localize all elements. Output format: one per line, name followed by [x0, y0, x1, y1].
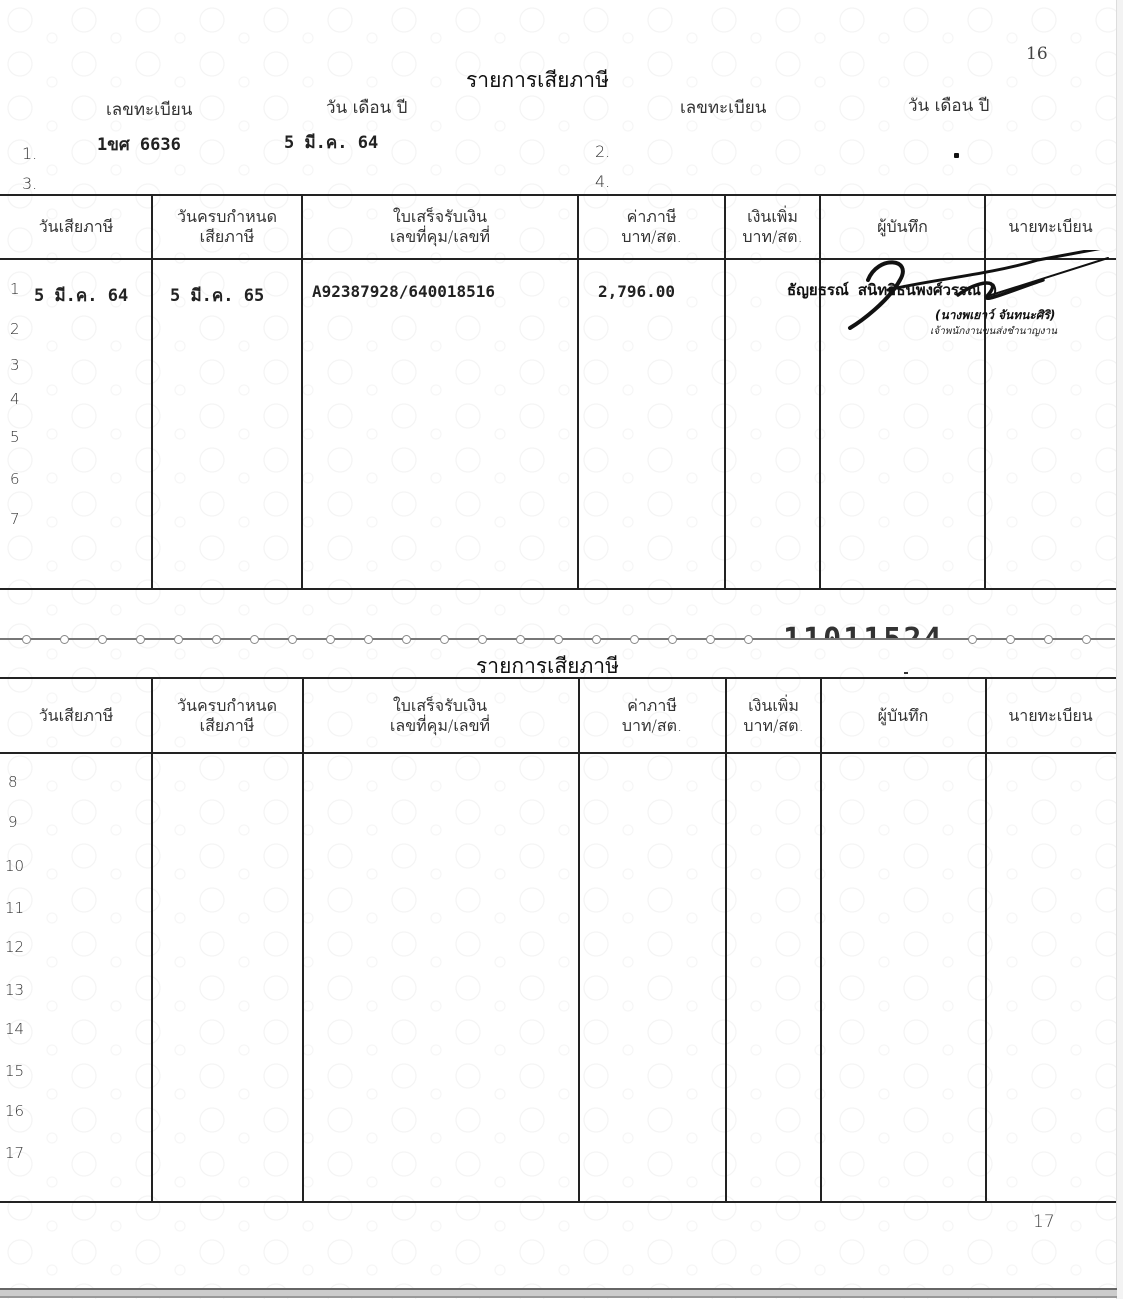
plate-label-left: เลขทะเบียน	[106, 96, 192, 123]
tax-table-bottom: วันเสียภาษี วันครบกำหนดเสียภาษี ใบเสร็จร…	[0, 677, 1116, 1203]
registration-index: 4.	[595, 172, 610, 191]
row-number: 3	[10, 356, 20, 374]
registrar-stamp-name: (นางพเยาว์ จันทนะศิริ)	[935, 306, 1055, 325]
col-header-due-date: วันครบกำหนดเสียภาษี	[152, 679, 302, 752]
fold-line	[0, 638, 1115, 644]
col-header-surcharge: เงินเพิ่มบาท/สต.	[726, 679, 821, 752]
registration-index: 1.	[22, 144, 37, 163]
date-label-right: วัน เดือน ปี	[908, 92, 989, 119]
registrar-stamp-title: เจ้าพนักงานขนส่งชำนาญงาน	[930, 324, 1057, 339]
tax-date-value: 5 มี.ค. 64	[34, 282, 128, 309]
col-header-surcharge: เงินเพิ่มบาท/สต.	[725, 196, 820, 258]
row-number: 11	[5, 899, 24, 917]
col-header-tax-amount: ค่าภาษีบาท/สต.	[578, 196, 725, 258]
col-header-recorder: ผู้บันทึก	[821, 679, 985, 752]
row-number: 16	[5, 1102, 24, 1120]
page-edge-right	[1116, 0, 1123, 1299]
row-number: 15	[5, 1062, 24, 1080]
row-number: 7	[10, 510, 20, 528]
plate-label-right: เลขทะเบียน	[680, 94, 766, 121]
ink-dot	[954, 153, 959, 158]
col-header-tax-date: วันเสียภาษี	[0, 196, 152, 258]
ink-dot	[904, 672, 908, 674]
row-number: 4	[10, 390, 20, 408]
row-number: 5	[10, 428, 20, 446]
due-date-value: 5 มี.ค. 65	[170, 282, 264, 309]
col-header-recorder: ผู้บันทึก	[820, 196, 985, 258]
tax-table-top: วันเสียภาษี วันครบกำหนดเสียภาษี ใบเสร็จร…	[0, 194, 1116, 590]
row-number: 6	[10, 470, 20, 488]
col-header-registrar: นายทะเบียน	[985, 196, 1116, 258]
row-number: 12	[5, 938, 24, 956]
table-header-row: วันเสียภาษี วันครบกำหนดเสียภาษี ใบเสร็จร…	[0, 679, 1116, 754]
page-number-bottom: 17	[1033, 1212, 1055, 1232]
receipt-value: A92387928/640018516	[312, 282, 495, 301]
col-header-tax-amount: ค่าภาษีบาท/สต.	[578, 679, 726, 752]
row-number: 8	[8, 773, 18, 791]
row-number: 2	[10, 320, 20, 338]
row-number: 10	[5, 857, 24, 875]
col-header-tax-date: วันเสียภาษี	[0, 679, 152, 752]
registration-date: 5 มี.ค. 64	[284, 129, 378, 156]
row-number: 13	[5, 981, 24, 999]
table-header-row: วันเสียภาษี วันครบกำหนดเสียภาษี ใบเสร็จร…	[0, 196, 1116, 260]
registration-index: 3.	[22, 174, 37, 193]
recorder-stamp: ธัญยธรณ์ สนิทธิธนพงศ์วรรณ )	[787, 278, 999, 302]
tax-amount-value: 2,796.00	[598, 282, 675, 301]
registration-index: 2.	[595, 142, 610, 161]
col-header-receipt: ใบเสร็จรับเงินเลขที่คุม/เลขที่	[302, 196, 578, 258]
page-number-top: 16	[1026, 44, 1048, 64]
row-number: 9	[8, 813, 18, 831]
registration-plate: 1ขศ 6636	[97, 131, 181, 158]
col-header-registrar: นายทะเบียน	[985, 679, 1116, 752]
page-edge-bottom	[0, 1288, 1117, 1298]
row-number: 17	[5, 1144, 24, 1162]
row-number: 1	[10, 280, 20, 298]
section-title-top: รายการเสียภาษี	[466, 64, 609, 97]
date-label-left: วัน เดือน ปี	[326, 94, 407, 121]
row-number: 14	[5, 1020, 24, 1038]
col-header-due-date: วันครบกำหนดเสียภาษี	[152, 196, 302, 258]
col-header-receipt: ใบเสร็จรับเงินเลขที่คุม/เลขที่	[302, 679, 578, 752]
